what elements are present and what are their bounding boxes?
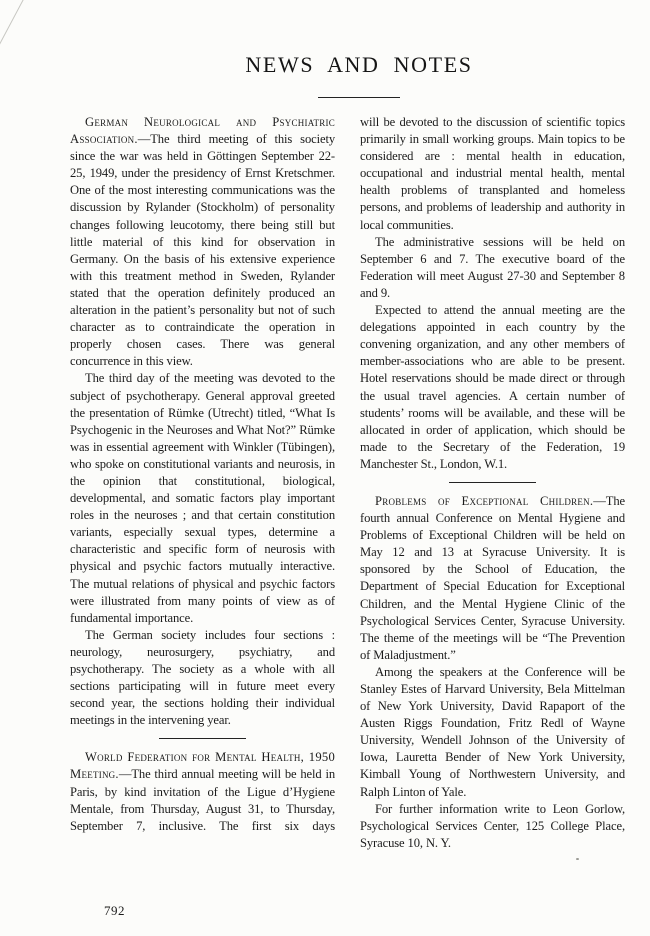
- section-problems-paragraph-1: Problems of Exceptional Children.—The fo…: [360, 493, 625, 664]
- paragraph-text: —The third meeting of this society since…: [70, 132, 335, 368]
- section-german-paragraph-1: German Neurological and Psychiatric Asso…: [70, 114, 335, 370]
- section-world-paragraph-1: World Federation for Mental Health, 1950…: [70, 749, 335, 834]
- left-column: German Neurological and Psychiatric Asso…: [70, 114, 335, 912]
- section-world-paragraph-3: Expected to attend the annual meeting ar…: [360, 302, 625, 473]
- section-heading-problems: Problems of Exceptional Children.: [375, 494, 593, 508]
- section-divider-rule: [449, 482, 536, 483]
- page-title: NEWS AND NOTES: [0, 52, 650, 78]
- journal-page: NEWS AND NOTES German Neurological and P…: [0, 0, 650, 936]
- section-problems-paragraph-3: For further information write to Leon Go…: [360, 801, 625, 852]
- section-world-paragraph-1-continued: will be devoted to the discussion of sci…: [360, 114, 625, 234]
- title-rule: [318, 97, 400, 98]
- section-problems-paragraph-2: Among the speakers at the Conference wil…: [360, 664, 625, 801]
- section-german-paragraph-2: The third day of the meeting was devoted…: [70, 370, 335, 626]
- section-divider-rule: [159, 738, 246, 739]
- paragraph-text: —The fourth annual Conference on Mental …: [360, 494, 625, 662]
- page-number: 792: [104, 903, 125, 919]
- right-column: will be devoted to the discussion of sci…: [360, 114, 625, 912]
- section-world-paragraph-2: The administrative sessions will be held…: [360, 234, 625, 302]
- section-german-paragraph-3: The German society includes four section…: [70, 627, 335, 730]
